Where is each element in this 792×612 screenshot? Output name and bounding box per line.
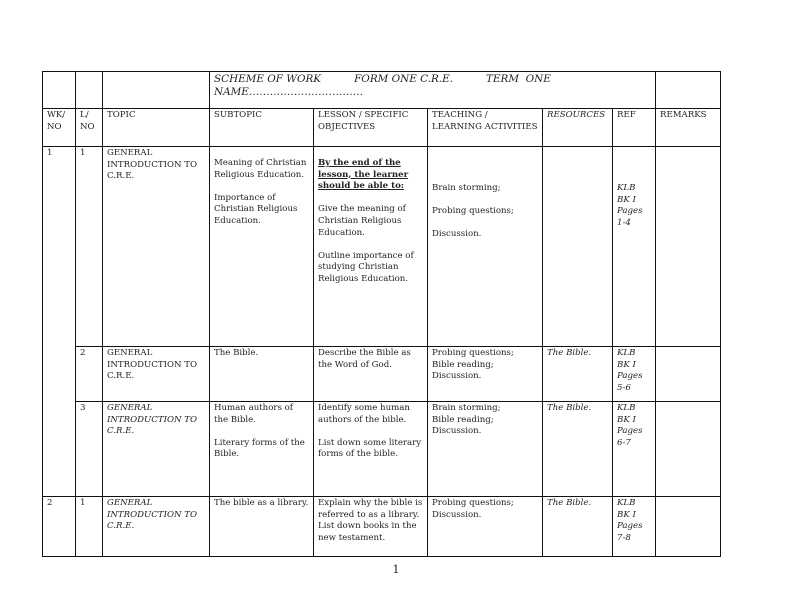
title-line-1: SCHEME OF WORK FORM ONE C.R.E. TERM ONE xyxy=(214,73,651,86)
objectives: Identify some human authors of the bible… xyxy=(314,402,428,497)
lesson-number: 1 xyxy=(76,497,103,557)
page-number: 1 xyxy=(0,563,792,576)
col-activities: TEACHING / LEARNING ACTIVITIES xyxy=(428,109,543,147)
table-row: 2 1 GENERAL INTRODUCTION TO C.R.E. The b… xyxy=(43,497,721,557)
activities: Probing questions; Bible reading; Discus… xyxy=(428,347,543,402)
remarks xyxy=(656,402,721,497)
topic: GENERAL INTRODUCTION TO C.R.E. xyxy=(103,147,210,347)
remarks xyxy=(656,497,721,557)
objectives: By the end of the lesson, the learner sh… xyxy=(314,147,428,347)
remarks xyxy=(656,347,721,402)
subtopic: Meaning of Christian Religious Education… xyxy=(210,147,314,347)
blank-cell xyxy=(43,72,76,109)
blank-cell xyxy=(76,72,103,109)
activities: Brain storming; Bible reading; Discussio… xyxy=(428,402,543,497)
resources: The Bible. xyxy=(543,497,613,557)
ref: KLB BK I Pages 6-7 xyxy=(613,402,656,497)
remarks xyxy=(656,147,721,347)
col-resources: RESOURCES xyxy=(543,109,613,147)
table-row: 3 GENERAL INTRODUCTION TO C.R.E. Human a… xyxy=(43,402,721,497)
resources xyxy=(543,147,613,347)
document-title: SCHEME OF WORK FORM ONE C.R.E. TERM ONE … xyxy=(210,72,656,109)
name-line: NAME…………………………… xyxy=(214,86,651,99)
topic: GENERAL INTRODUCTION TO C.R.E. xyxy=(103,497,210,557)
lesson-number: 2 xyxy=(76,347,103,402)
subtopic: The Bible. xyxy=(210,347,314,402)
resources: The Bible. xyxy=(543,347,613,402)
column-header-row: WK/ NO L/ NO TOPIC SUBTOPIC LESSON / SPE… xyxy=(43,109,721,147)
col-remarks: REMARKS xyxy=(656,109,721,147)
col-objectives: LESSON / SPECIFIC OBJECTIVES xyxy=(314,109,428,147)
objectives-intro: By the end of the lesson, the learner sh… xyxy=(318,158,423,193)
subtopic: Human authors of the Bible. Literary for… xyxy=(210,402,314,497)
resources: The Bible. xyxy=(543,402,613,497)
blank-cell xyxy=(656,72,721,109)
topic: GENERAL INTRODUCTION TO C.R.E. xyxy=(103,347,210,402)
col-topic: TOPIC xyxy=(103,109,210,147)
col-ref: REF xyxy=(613,109,656,147)
subtopic: The bible as a library. xyxy=(210,497,314,557)
ref: KLB BK I Pages 1-4 xyxy=(613,147,656,347)
blank-cell xyxy=(103,72,210,109)
activities: Probing questions; Discussion. xyxy=(428,497,543,557)
objectives: Describe the Bible as the Word of God. xyxy=(314,347,428,402)
lesson-number: 1 xyxy=(76,147,103,347)
scheme-of-work-table: SCHEME OF WORK FORM ONE C.R.E. TERM ONE … xyxy=(42,71,721,557)
col-wk-no: WK/ NO xyxy=(43,109,76,147)
topic: GENERAL INTRODUCTION TO C.R.E. xyxy=(103,402,210,497)
col-l-no: L/ NO xyxy=(76,109,103,147)
week-number: 2 xyxy=(43,497,76,557)
activities: Brain storming; Probing questions; Discu… xyxy=(428,147,543,347)
col-subtopic: SUBTOPIC xyxy=(210,109,314,147)
ref: KLB BK I Pages 5-6 xyxy=(613,347,656,402)
table-row: 1 1 GENERAL INTRODUCTION TO C.R.E. Meani… xyxy=(43,147,721,347)
objectives: Explain why the bible is referred to as … xyxy=(314,497,428,557)
title-row: SCHEME OF WORK FORM ONE C.R.E. TERM ONE … xyxy=(43,72,721,109)
lesson-number: 3 xyxy=(76,402,103,497)
ref: KLB BK I Pages 7-8 xyxy=(613,497,656,557)
week-number: 1 xyxy=(43,147,76,497)
table-row: 2 GENERAL INTRODUCTION TO C.R.E. The Bib… xyxy=(43,347,721,402)
